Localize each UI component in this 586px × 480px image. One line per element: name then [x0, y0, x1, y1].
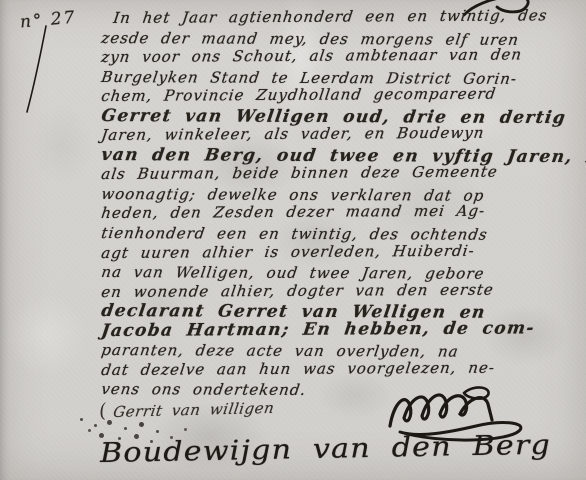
handwritten-line: Jacoba Hartman; En hebben, de com-	[100, 319, 585, 341]
record-number-flourish-stroke	[22, 24, 54, 116]
handwritten-line: dat dezelve aan hun was voorgelezen, ne-	[100, 358, 585, 380]
handwritten-line: zyn voor ons Schout, als ambtenaar van d…	[100, 45, 585, 67]
signature-declarant-berg: Boudewijgn van den Berg	[100, 430, 552, 469]
document-scan: n° 27 In het Jaar agtienhonderd een en t…	[0, 0, 586, 480]
handwritten-line: heden, den Zesden dezer maand mei Ag-	[100, 202, 585, 224]
paraph-mark: (	[98, 400, 108, 423]
handwritten-line: als Buurman, beide binnen deze Gemeente	[100, 162, 585, 184]
ink-spatter	[80, 418, 83, 421]
handwritten-line: en wonende alhier, dogter van den eerste	[100, 280, 585, 302]
handwritten-line: Jaren, winkeleer, als vader, en Boudewyn	[100, 123, 585, 145]
handwritten-line: In het Jaar agtienhonderd een en twintig…	[100, 6, 585, 28]
act-body-text: In het Jaar agtienhonderd een en twintig…	[100, 9, 582, 400]
handwritten-line: chem, Provincie Zuydholland gecompareerd	[100, 84, 585, 106]
handwritten-line: agt uuren alhier is overleden, Huiberdi-	[100, 241, 585, 263]
signature-declarant-gerrit: Gerrit van willigen	[112, 399, 276, 421]
